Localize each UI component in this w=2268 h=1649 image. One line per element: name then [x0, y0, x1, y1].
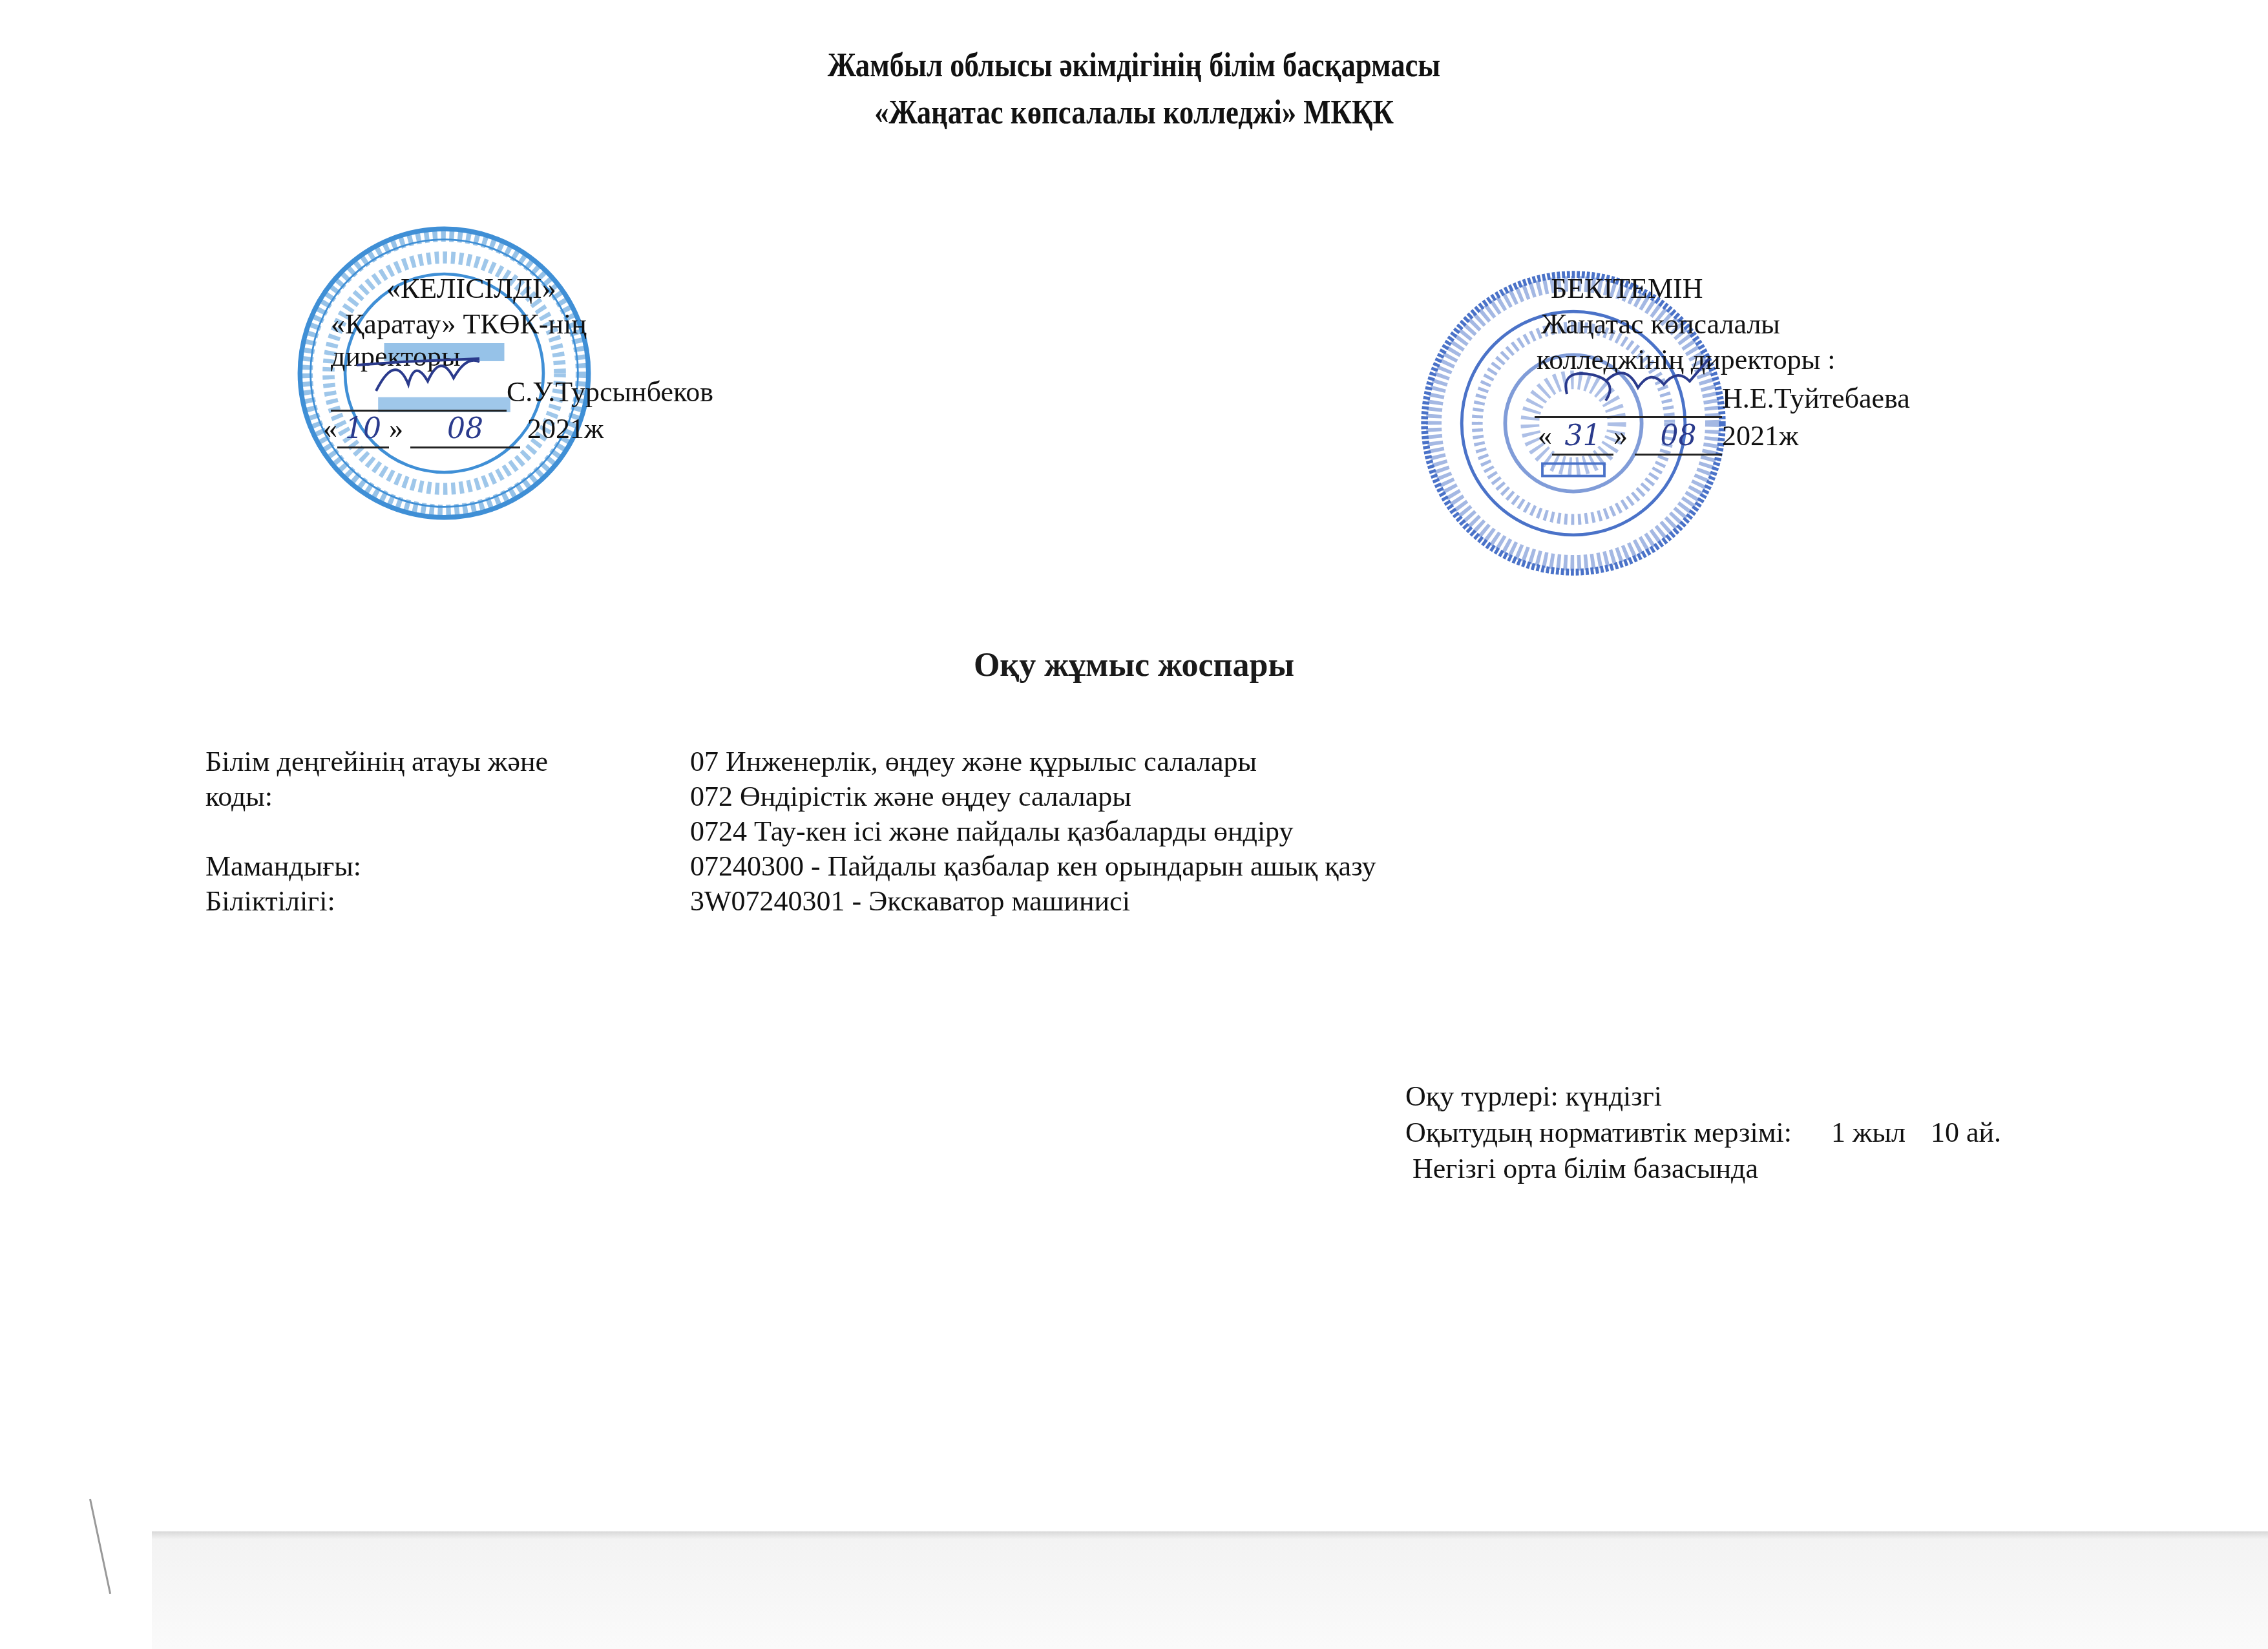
- agreed-name: С.У.Турсынбеков: [507, 376, 713, 408]
- scan-paper-edge: [152, 1531, 2268, 1649]
- agreed-date-month: 08: [410, 412, 520, 448]
- signature-icon: [1548, 355, 1716, 414]
- study-duration-years: 1 жыл: [1831, 1117, 1906, 1148]
- header-line-2: «Жаңатас көпсалалы колледжі» МКҚК: [159, 94, 2110, 132]
- approved-date: «31» 082021ж: [1538, 419, 1798, 456]
- detail-label-specialty: Мамандығы:: [205, 849, 361, 884]
- detail-label-level-line1: Білім деңгейінің атауы және: [205, 744, 548, 779]
- study-duration-label: Оқытудың нормативтік мерзімі:: [1405, 1117, 1792, 1148]
- study-duration: Оқытудың нормативтік мерзімі: 1 жыл 10 а…: [1405, 1115, 2001, 1150]
- study-duration-months: 10 ай.: [1931, 1117, 2001, 1148]
- agreed-signature: [331, 375, 507, 412]
- detail-value-level-3: 0724 Тау-кен ісі және пайдалы қазбаларды…: [690, 814, 1294, 849]
- agreed-year: 2021ж: [527, 413, 604, 445]
- detail-value-level-2: 072 Өндірістік және өңдеу салалары: [690, 779, 1131, 814]
- study-base: Негізгі орта білім базасында: [1412, 1151, 1758, 1186]
- approved-name: Н.Е.Туйтебаева: [1722, 383, 1910, 414]
- approved-date-day: 31: [1552, 419, 1613, 456]
- approved-org: Жаңатас көпсалалы: [1541, 307, 1780, 342]
- approved-signature-line: Н.Е.Туйтебаева: [1535, 381, 1910, 418]
- detail-value-level-1: 07 Инженерлік, өңдеу және құрылыс салала…: [690, 744, 1257, 779]
- document-title: Оқу жұмыс жоспары: [0, 646, 2268, 684]
- scan-crease-line: [89, 1499, 111, 1594]
- approved-year: 2021ж: [1722, 420, 1798, 452]
- detail-label-qualification: Біліктілігі:: [205, 884, 335, 919]
- agreed-date-day: 10: [337, 412, 389, 448]
- detail-label-level-line2: коды:: [205, 779, 273, 814]
- agreed-heading: «КЕЛІСІЛДІ»: [386, 271, 556, 306]
- agreed-org: «Қаратау» ТКӨК-нің: [331, 307, 587, 342]
- agreed-signature-line: С.У.Турсынбеков: [331, 375, 713, 412]
- detail-value-qualification: 3W07240301 - Экскаватор машинисі: [690, 884, 1130, 919]
- study-form: Оқу түрлері: күндізгі: [1405, 1079, 1662, 1114]
- agreed-date: «10» 08 2021ж: [323, 412, 604, 448]
- detail-value-specialty: 07240300 - Пайдалы қазбалар кен орындары…: [690, 849, 1376, 884]
- approved-signature: [1535, 381, 1722, 418]
- header-line-1: Жамбыл облысы әкімдігінің білім басқарма…: [159, 47, 2110, 85]
- approved-heading: БЕКІТЕМІН: [1551, 271, 1703, 306]
- signature-icon: [350, 346, 499, 404]
- approved-date-month: 08: [1635, 419, 1722, 456]
